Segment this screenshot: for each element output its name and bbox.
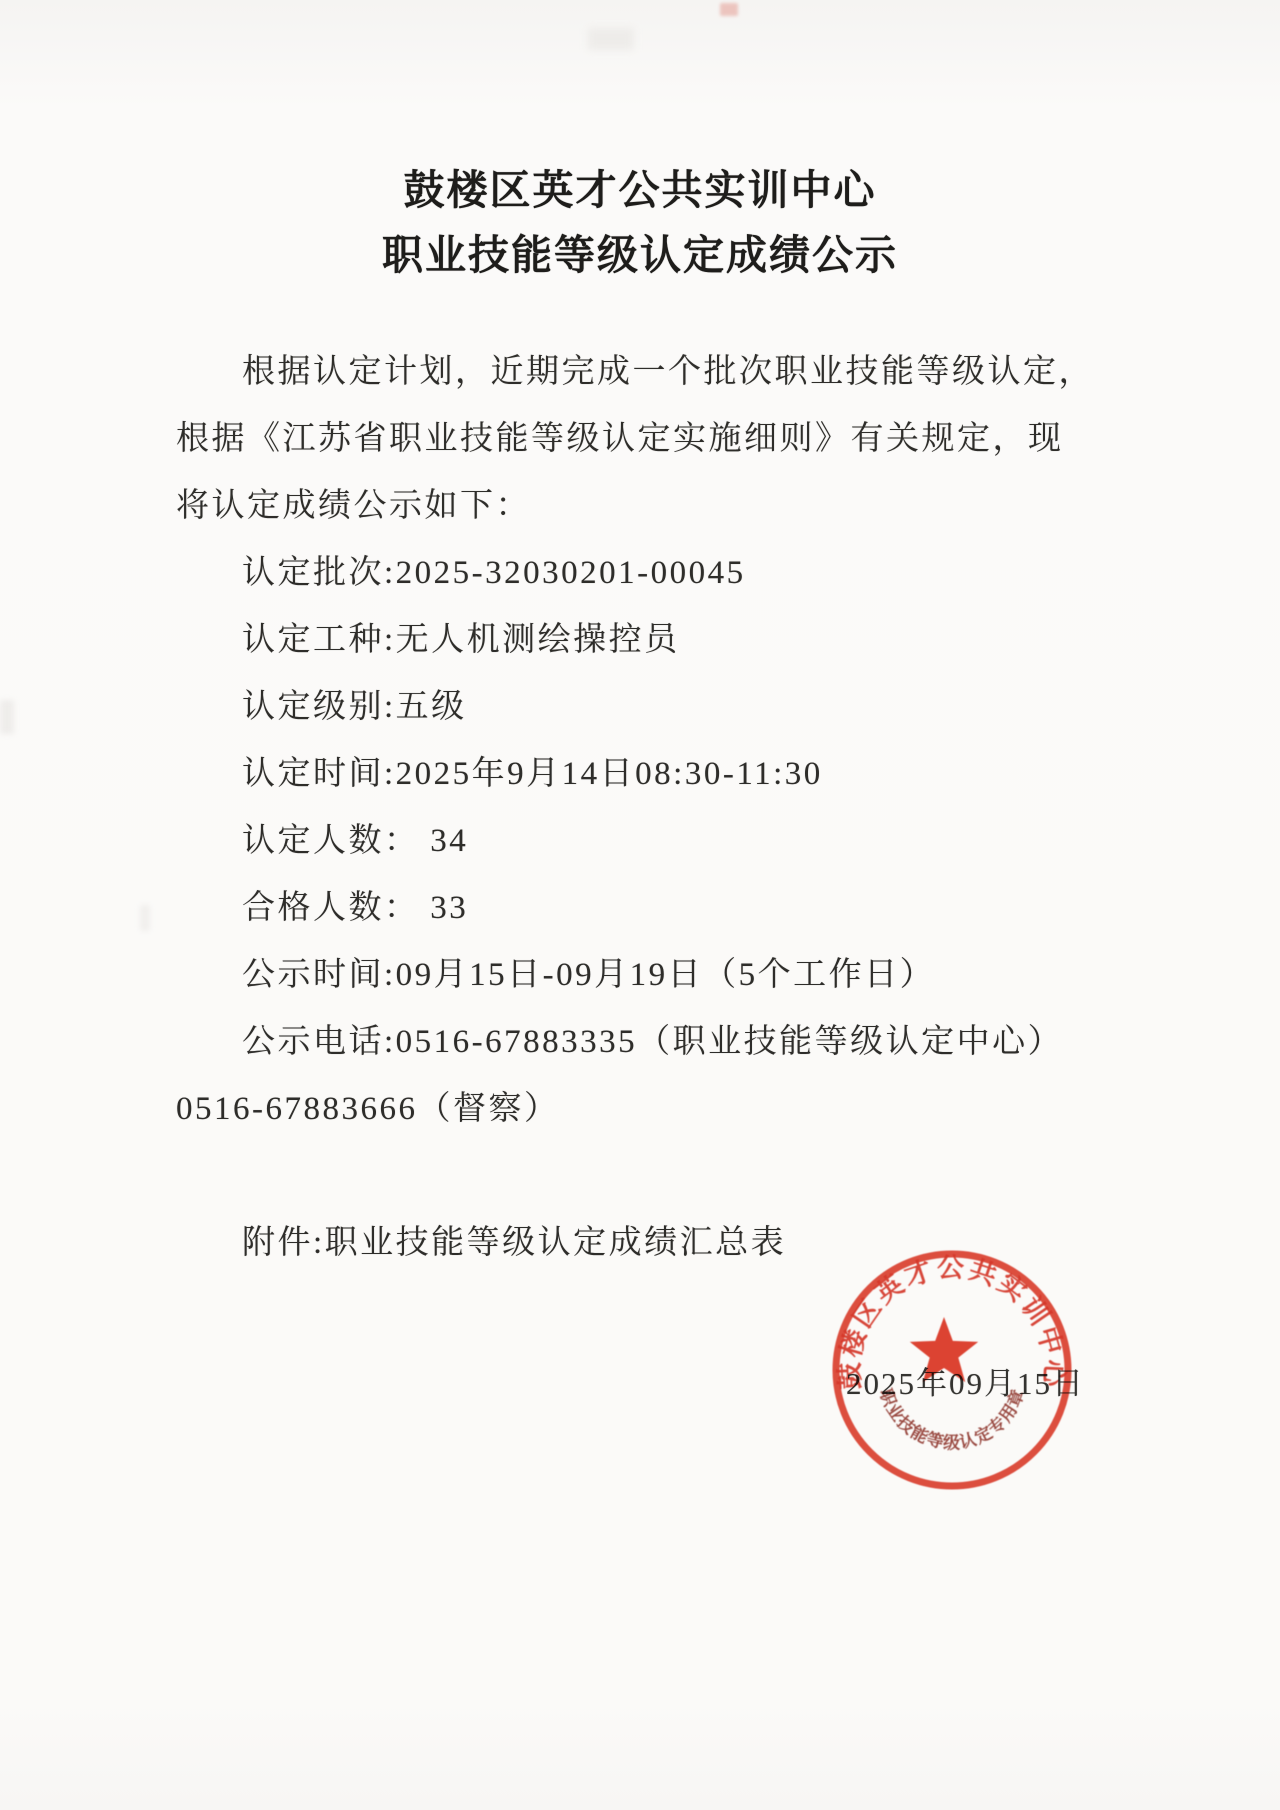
field-batch: 认定批次:2025-32030201-00045 [176, 540, 1106, 607]
doc-title: 鼓楼区英才公共实训中心 职业技能等级认定成绩公示 [0, 158, 1280, 288]
scan-smudge [588, 28, 634, 50]
paragraph-line: 根据认定计划，近期完成一个批次职业技能等级认定， [176, 339, 1106, 406]
svg-text:职业技能等级认定专用章: 职业技能等级认定专用章 [876, 1386, 1029, 1452]
field-publicity-period: 公示时间:09月15日-09月19日（5个工作日） [176, 942, 1106, 1009]
scan-red-speck [720, 3, 738, 16]
doc-body: 根据认定计划，近期完成一个批次职业技能等级认定， 根据《江苏省职业技能等级认定实… [176, 339, 1106, 1277]
field-publicity-phone: 公示电话:0516-67883335（职业技能等级认定中心） [176, 1009, 1106, 1076]
doc-title-line1: 鼓楼区英才公共实训中心 [0, 158, 1280, 223]
paragraph-line: 将认定成绩公示如下： [176, 473, 1106, 540]
scan-smudge [140, 905, 150, 931]
document-page: 鼓楼区英才公共实训中心 职业技能等级认定成绩公示 根据认定计划，近期完成一个批次… [0, 0, 1280, 1810]
scan-smudge [0, 700, 14, 734]
field-occupation: 认定工种:无人机测绘操控员 [176, 607, 1106, 674]
field-exam-time: 认定时间:2025年9月14日08:30-11:30 [176, 741, 1106, 808]
paragraph-line: 根据《江苏省职业技能等级认定实施细则》有关规定，现 [176, 406, 1106, 473]
seal-bottom-arc-text: 职业技能等级认定专用章 [876, 1386, 1029, 1452]
field-candidate-count: 认定人数： 34 [176, 808, 1106, 875]
field-passed-count: 合格人数： 33 [176, 875, 1106, 942]
field-supervision-phone: 0516-67883666（督察） [176, 1076, 1106, 1143]
field-level: 认定级别:五级 [176, 674, 1106, 741]
official-seal: 鼓楼区英才公共实训中心 职业技能等级认定专用章 [822, 1240, 1082, 1500]
doc-title-line2: 职业技能等级认定成绩公示 [0, 223, 1280, 288]
seal-star-icon [910, 1317, 978, 1382]
